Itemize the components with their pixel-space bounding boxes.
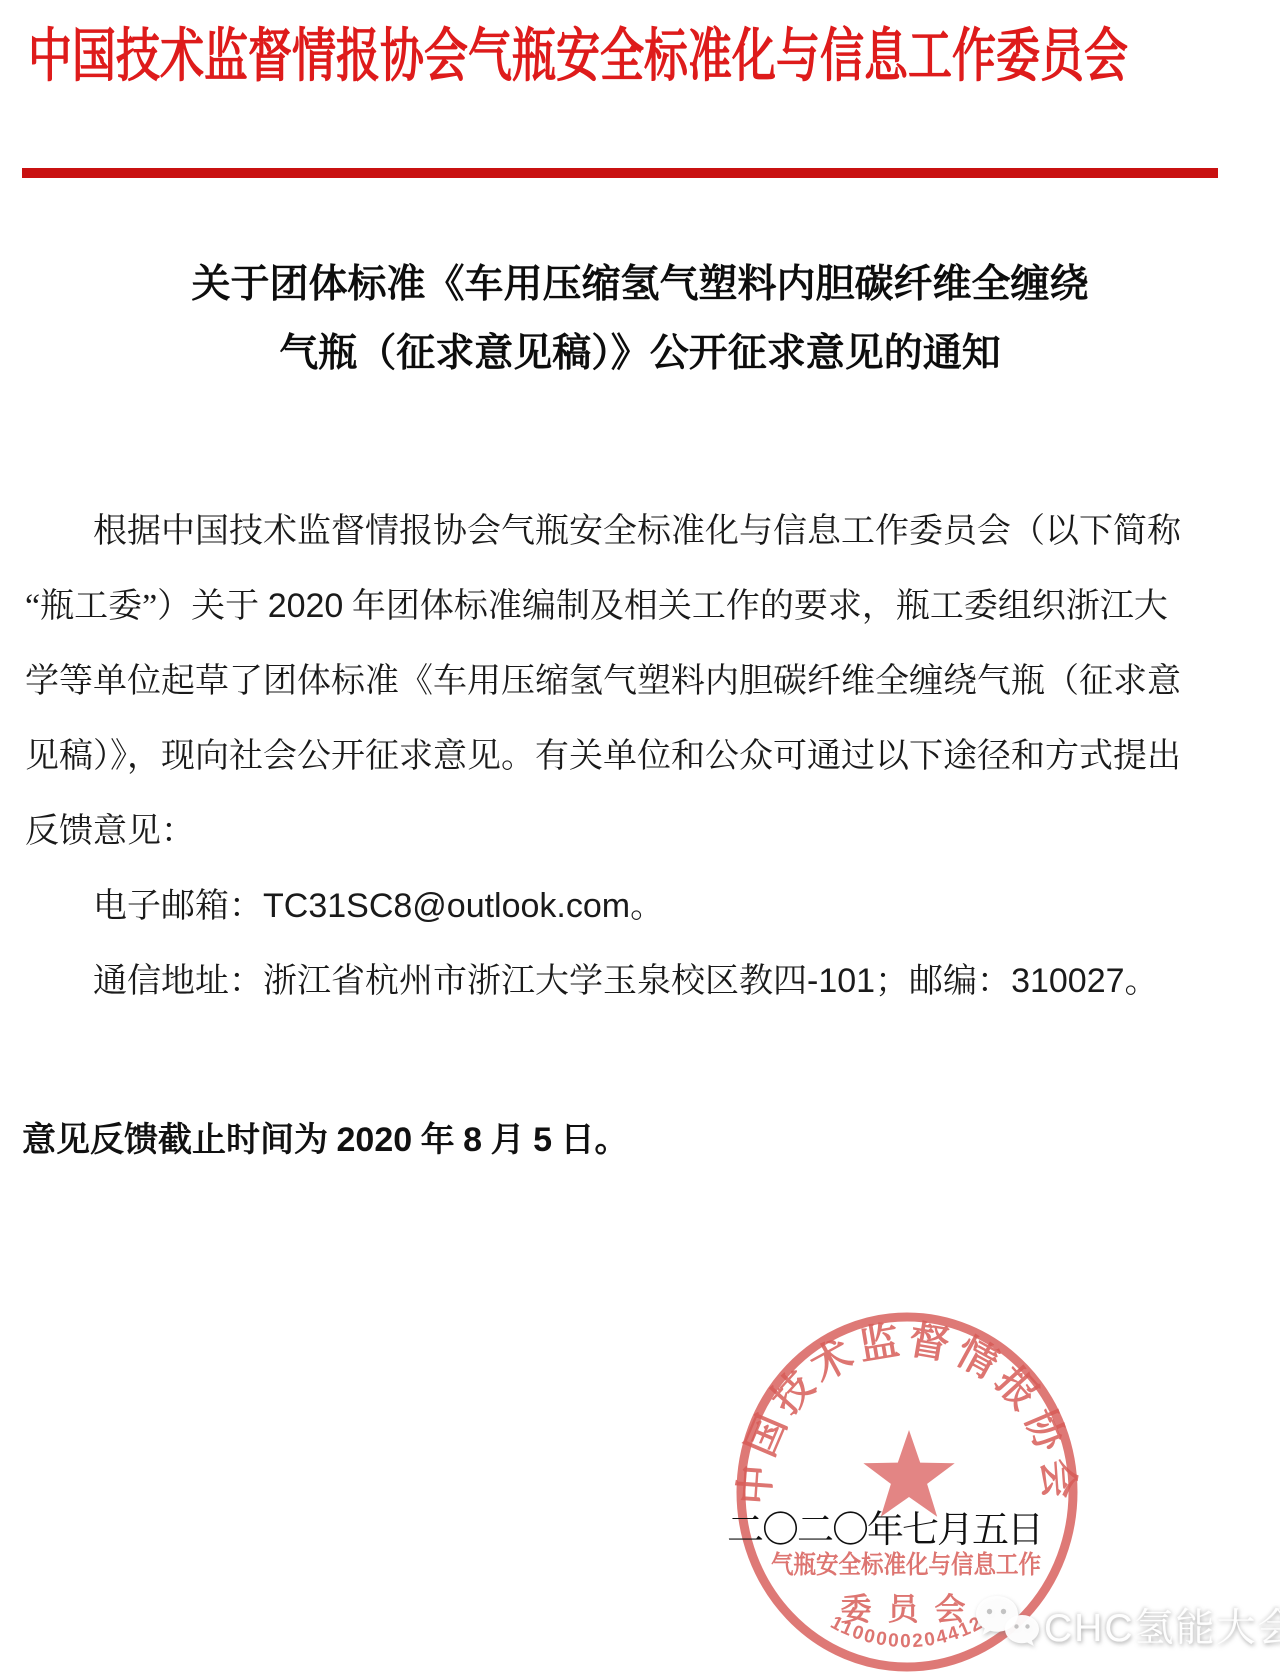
seal-inner-line1: 气瓶安全标准化与信息工作 xyxy=(771,1550,1041,1579)
body-line: “瓶工委”）关于 2020 年团体标准编制及相关工作的要求，瓶工委组织浙江大 xyxy=(25,569,1225,644)
body-line: 电子邮箱：TC31SC8@outlook.com。 xyxy=(25,869,1225,944)
issue-date: 二〇二〇年七月五日 xyxy=(727,1499,1042,1553)
body-line: 见稿）》，现向社会公开征求意见。有关单位和公众可通过以下途径和方式提出 xyxy=(25,719,1225,794)
body-line: 学等单位起草了团体标准《车用压缩氢气塑料内胆碳纤维全缠绕气瓶（征求意 xyxy=(25,644,1225,719)
wechat-icon xyxy=(972,1592,1040,1658)
watermark-label: CHC氢能大会 xyxy=(1044,1597,1280,1653)
watermark: CHC氢能大会 xyxy=(972,1592,1280,1658)
document-body: 根据中国技术监督情报协会气瓶安全标准化与信息工作委员会（以下简称“瓶工委”）关于… xyxy=(25,494,1225,1019)
body-line: 反馈意见： xyxy=(25,794,1225,869)
document-title: 关于团体标准《车用压缩氢气塑料内胆碳纤维全缠绕 气瓶（征求意见稿）》公开征求意见… xyxy=(0,250,1280,388)
notice-document-page: 中国技术监督情报协会气瓶安全标准化与信息工作委员会 关于团体标准《车用压缩氢气塑… xyxy=(0,0,1280,1676)
header-divider-rule xyxy=(22,168,1218,178)
document-title-line1: 关于团体标准《车用压缩氢气塑料内胆碳纤维全缠绕 xyxy=(0,250,1280,319)
org-header-title: 中国技术监督情报协会气瓶安全标准化与信息工作委员会 xyxy=(28,8,1128,92)
feedback-deadline: 意见反馈截止时间为 2020 年 8 月 5 日。 xyxy=(22,1112,628,1161)
body-line: 根据中国技术监督情报协会气瓶安全标准化与信息工作委员会（以下简称 xyxy=(25,494,1225,569)
document-title-line2: 气瓶（征求意见稿）》公开征求意见的通知 xyxy=(0,319,1280,388)
body-line: 通信地址：浙江省杭州市浙江大学玉泉校区教四-101；邮编：310027。 xyxy=(25,944,1225,1019)
